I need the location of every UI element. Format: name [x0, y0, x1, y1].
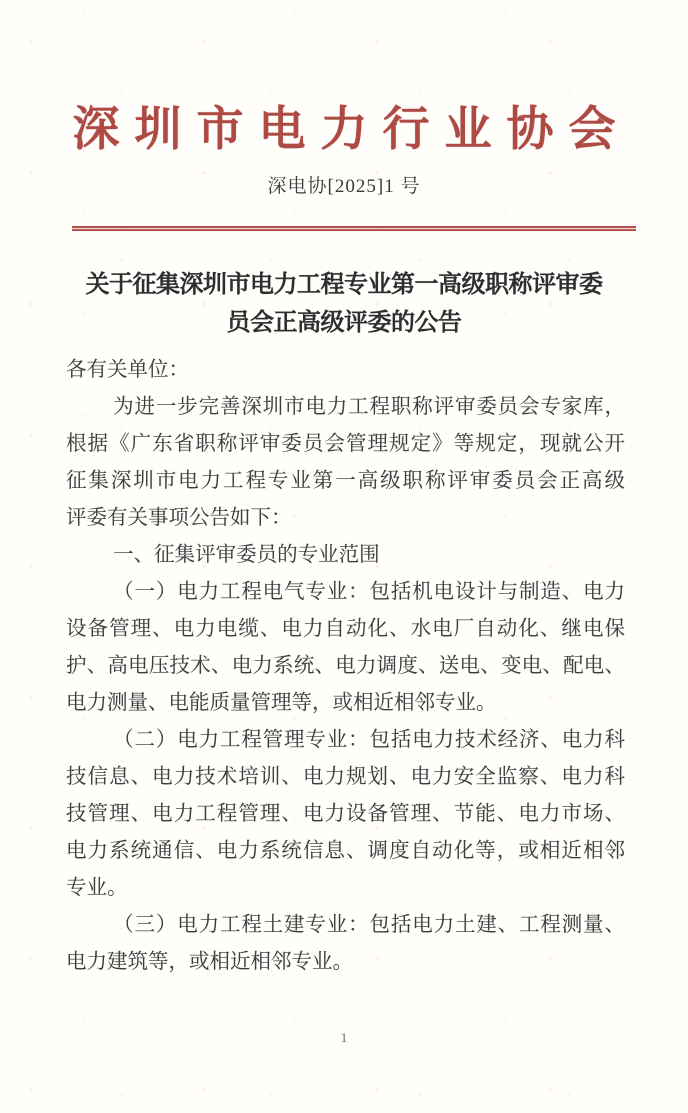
body-paragraph: 一、征集评审委员的专业范围 [66, 537, 625, 574]
page-number: 1 [0, 1030, 688, 1046]
body-paragraph: 各有关单位： [66, 352, 625, 389]
doc-number: 深电协[2025]1 号 [0, 171, 688, 198]
body-paragraph: （一）电力工程电气专业：包括机电设计与制造、电力设备管理、电力电缆、电力自动化、… [66, 574, 625, 722]
body-line: 评委有关事项公告如下： [66, 500, 625, 537]
body-line: （一）电力工程电气专业：包括机电设计与制造、电力 [66, 574, 625, 611]
body-line: 各有关单位： [66, 352, 625, 389]
document-title: 关于征集深圳市电力工程专业第一高级职称评审委 员会正高级评委的公告 [66, 266, 622, 342]
document-body: 各有关单位：为进一步完善深圳市电力工程职称评审委员会专家库，根据《广东省职称评审… [66, 352, 625, 981]
document-page: 深圳市电力行业协会 深电协[2025]1 号 关于征集深圳市电力工程专业第一高级… [0, 0, 688, 1113]
body-paragraph: （三）电力工程土建专业：包括电力土建、工程测量、电力建筑等，或相近相邻专业。 [66, 907, 625, 981]
body-line: 根据《广东省职称评审委员会管理规定》等规定，现就公开 [66, 426, 625, 463]
red-divider-line [72, 226, 636, 231]
body-line: 征集深圳市电力工程专业第一高级职称评审委员会正高级 [66, 463, 625, 500]
body-line: （三）电力工程土建专业：包括电力土建、工程测量、 [66, 907, 625, 944]
body-line: 为进一步完善深圳市电力工程职称评审委员会专家库， [66, 389, 625, 426]
org-title: 深圳市电力行业协会 [0, 92, 688, 159]
document-title-line1: 关于征集深圳市电力工程专业第一高级职称评审委 [66, 266, 622, 304]
document-title-line2: 员会正高级评委的公告 [66, 304, 622, 342]
body-line: 一、征集评审委员的专业范围 [66, 537, 625, 574]
body-line: 电力系统通信、电力系统信息、调度自动化等，或相近相邻 [66, 833, 625, 870]
body-line: 技管理、电力工程管理、电力设备管理、节能、电力市场、 [66, 796, 625, 833]
body-line: 电力测量、电能质量管理等，或相近相邻专业。 [66, 685, 625, 722]
body-line: 技信息、电力技术培训、电力规划、电力安全监察、电力科 [66, 759, 625, 796]
body-paragraph: （二）电力工程管理专业：包括电力技术经济、电力科技信息、电力技术培训、电力规划、… [66, 722, 625, 907]
body-line: 设备管理、电力电缆、电力自动化、水电厂自动化、继电保 [66, 611, 625, 648]
body-line: 护、高电压技术、电力系统、电力调度、送电、变电、配电、 [66, 648, 625, 685]
body-line: 专业。 [66, 870, 625, 907]
body-line: 电力建筑等，或相近相邻专业。 [66, 944, 625, 981]
body-line: （二）电力工程管理专业：包括电力技术经济、电力科 [66, 722, 625, 759]
body-paragraph: 为进一步完善深圳市电力工程职称评审委员会专家库，根据《广东省职称评审委员会管理规… [66, 389, 625, 537]
